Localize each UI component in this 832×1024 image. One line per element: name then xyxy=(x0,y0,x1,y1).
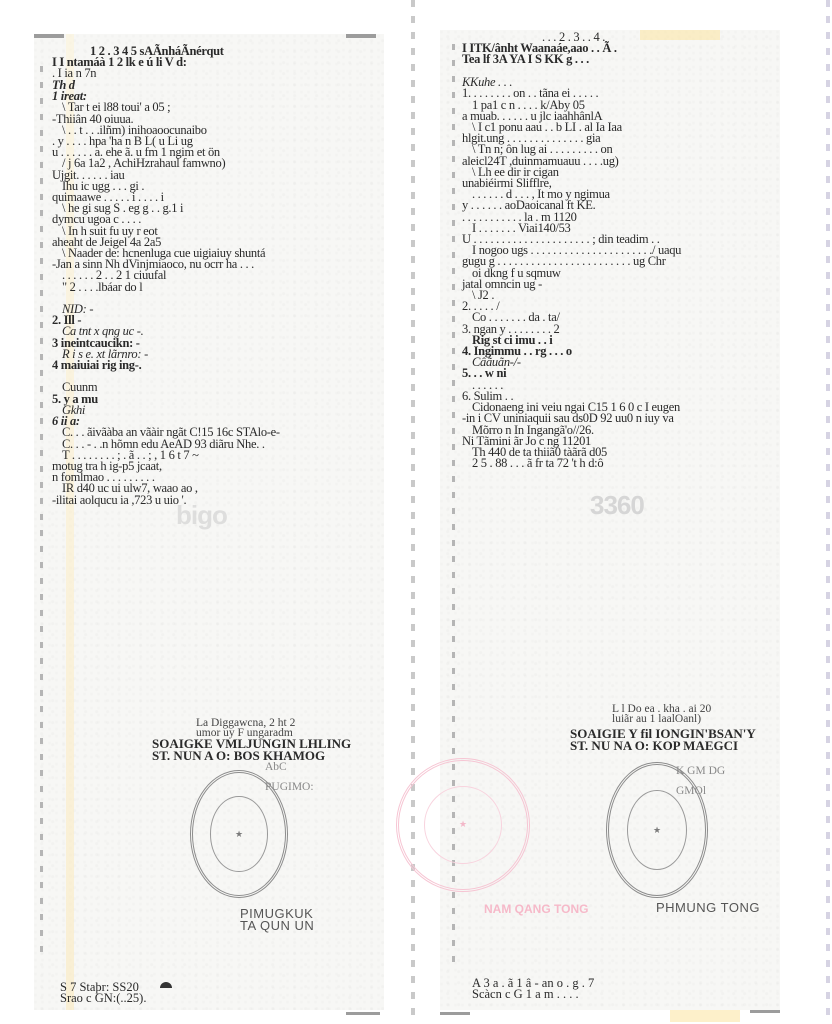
left-footer-line: Srao c GN:(..25). xyxy=(60,993,146,1004)
right-page-header: . . . 2 . 3 . . 4 . I ITK/ânht Waanaáe,a… xyxy=(462,32,617,66)
signature-title: ST. NU NA O: KOP MAEGCI xyxy=(570,740,738,752)
signature-title: ST. NUN A O: BOS KHAMOG xyxy=(152,750,325,762)
stamp-star-icon: ★ xyxy=(424,786,503,865)
watermark-logo: 3360 xyxy=(590,490,644,521)
watermark-logo: bigo xyxy=(176,500,227,531)
header-line: Tea lf 3A YA I S KK g . . . xyxy=(462,54,617,65)
right-footer-line: Scàcn c G 1 a m . . . . xyxy=(472,989,579,1000)
corner-shadow xyxy=(346,34,376,38)
right-page-yellow-edge xyxy=(670,1010,740,1022)
document-line: 5. y a mu xyxy=(52,394,280,405)
header-line: . I ia n 7n xyxy=(52,68,224,79)
document-line: 2 5 . 88 . . . ã fr ta 72 't h d:ô xyxy=(462,458,681,469)
corner-shadow xyxy=(440,1012,470,1015)
left-margin-marks xyxy=(40,66,43,962)
corner-shadow xyxy=(750,1010,780,1013)
left-page-header: 1 2 . 3 4 5 sAÃnháÃnérqut I I ntamáà 1 2… xyxy=(52,46,224,80)
document-line: -ilitai aolqucu ia ,723 u uio '. xyxy=(52,495,280,506)
stamp-star-icon: ★ xyxy=(210,796,267,871)
document-line: " 2 . . . .lbáar do l xyxy=(52,282,280,293)
document-line: NID: - xyxy=(52,304,280,315)
document-line: jatal omncin ug - xyxy=(462,279,681,290)
document-line: 4 maiuiai rig ing-. xyxy=(52,360,280,371)
official-stamp: ★ xyxy=(190,770,288,898)
red-stamp-faint: ★ xyxy=(396,758,530,892)
stamp-caption: AbC xyxy=(265,762,287,773)
official-stamp: ★ xyxy=(606,762,708,898)
signature-role: luiãr au 1 laalOanl) xyxy=(612,714,701,725)
corner-shadow xyxy=(346,1012,380,1015)
document-line: Gkhi xyxy=(52,405,280,416)
ink-blot xyxy=(160,982,172,988)
red-stamp-caption: NAM QANG TONG xyxy=(484,902,588,916)
signer-name: TA QUN UN xyxy=(240,918,314,933)
left-page-body: Th d1 ireat:\ Tar t ei l88 toui' a 05 ;-… xyxy=(52,80,280,506)
corner-shadow xyxy=(34,34,64,38)
right-page-body: KKuhe . . .1. . . . . . . . on . . tãna … xyxy=(462,66,681,469)
right-page-yellow-edge xyxy=(640,30,720,40)
signer-name: PHMUNG TONG xyxy=(656,900,760,915)
stamp-star-icon: ★ xyxy=(627,790,687,870)
right-edge-marks xyxy=(826,0,830,1024)
